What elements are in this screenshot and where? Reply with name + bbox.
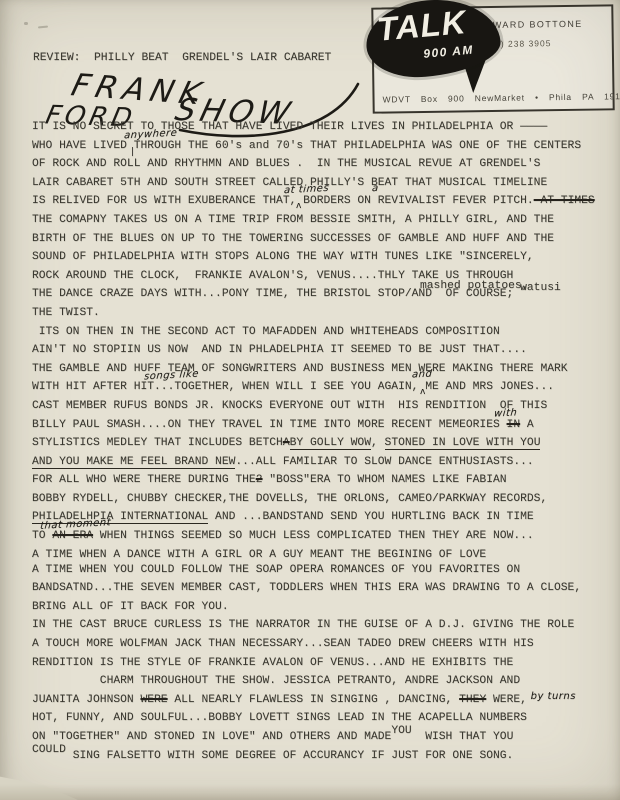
typed-text: COULD: [32, 744, 73, 756]
typed-line: TO AN ERA WHEN THINGS SEEMED SO MUCH LES…: [32, 530, 612, 549]
typed-line: A TIME WHEN A DANCE WITH A GIRL OR A GUY…: [32, 549, 612, 564]
typed-line: CHARM THROUGHOUT THE SHOW. JESSICA PETRA…: [32, 675, 612, 694]
typed-text: WERE: [140, 694, 167, 706]
typed-line: THE GAMBLE AND HUFF TEAM OF SONGWRITERS …: [32, 363, 612, 382]
typed-line: THE COMAPNY TAKES US ON A TIME TRIP FROM…: [32, 214, 612, 233]
handwritten-annotation: with: [494, 407, 518, 419]
typed-line: AIN'T NO STOPIIN US NOW AND IN PHLADELPH…: [32, 344, 612, 363]
typed-text: WERE,: [486, 694, 527, 706]
station-address: WDVT Box 900 NewMarket • Phila PA 19147: [382, 91, 620, 104]
typed-line: BRING ALL OF IT BACK FOR YOU.: [32, 601, 612, 620]
typed-line: PHILADELHPIA INTERNATIONAL AND ...BANDST…: [32, 511, 612, 530]
typed-line: AND YOU MAKE ME FEEL BRAND NEW...ALL FAM…: [32, 456, 612, 475]
typed-text: WHEN THINGS SEEMED SO MUCH LESS COMPLICA…: [93, 530, 534, 542]
typed-text: IN: [507, 419, 521, 431]
pencil-mark: [38, 25, 48, 28]
typed-line: WHO HAVE LIVED THROUGH THE 60's and 70's…: [32, 140, 612, 159]
typed-text: THE COMAPNY TAKES US ON A TIME TRIP FROM…: [32, 214, 554, 226]
typed-text: YOU: [391, 725, 411, 737]
typed-text: JUANITA JOHNSON: [32, 694, 140, 706]
typed-text: BY GOLLY WOW: [290, 437, 371, 450]
typed-text: THE GAMBLE AND HUFF TEAM OF SONGWRITERS …: [32, 363, 568, 375]
typed-text: CHARM THROUGHOUT THE SHOW. JESSICA PETRA…: [32, 675, 520, 687]
typed-line: ON "TOGETHER" AND STONED IN LOVE" AND OT…: [32, 731, 612, 750]
typed-text: IN THE CAST BRUCE CURLESS IS THE NARRATO…: [32, 619, 574, 631]
typed-line: BILLY PAUL SMASH....ON THEY TRAVEL IN TI…: [32, 419, 612, 438]
document-body: IT IS NO SECRET TO THOSE THAT HAVE LIVED…: [32, 121, 612, 768]
typed-line: IT IS NO SECRET TO THOSE THAT HAVE LIVED…: [32, 121, 612, 140]
typed-text: WITH HIT AFTER HIT...TOGETHER, WHEN WILL…: [32, 381, 554, 393]
typed-text: ON "TOGETHER" AND STONED IN LOVE" AND OT…: [32, 731, 391, 743]
handwritten-annotation: and: [412, 369, 433, 381]
typed-text: ,: [371, 437, 385, 449]
typed-line: OF ROCK AND ROLL AND RHYTHMN AND BLUES .…: [32, 158, 612, 177]
typed-line: STYLISTICS MEDLEY THAT INCLUDES BETCHABY…: [32, 437, 612, 456]
handwritten-inline: by turns: [527, 691, 576, 702]
typed-text: BIRTH OF THE BLUES ON UP TO THE TOWERING…: [32, 233, 554, 245]
typed-line: RENDITION IS THE STYLE OF FRANKIE AVALON…: [32, 657, 612, 676]
scanned-typed-review-page: EDWARD BOTTONE (215) 238 3905 WDVT Box 9…: [0, 0, 620, 800]
typed-text: A TIME WHEN A DANCE WITH A GIRL OR A GUY…: [32, 549, 486, 561]
typed-line: BANDSATND...THE SEVEN MEMBER CAST, TODDL…: [32, 582, 612, 601]
typed-line: A TIME WHEN YOU COULD FOLLOW THE SOAP OP…: [32, 564, 612, 583]
typed-line: ITS ON THEN IN THE SECOND ACT TO MAFADDE…: [32, 326, 612, 345]
typed-text: THEY: [459, 694, 486, 706]
typed-line: IN THE CAST BRUCE CURLESS IS THE NARRATO…: [32, 619, 612, 638]
typed-text: TO: [32, 530, 52, 542]
typed-line: JUANITA JOHNSON WERE ALL NEARLY FLAWLESS…: [32, 694, 612, 713]
typed-text: "BOSS"ERA TO WHOM NAMES LIKE FABIAN: [263, 474, 507, 486]
typed-line: WITH HIT AFTER HIT...TOGETHER, WHEN WILL…: [32, 381, 612, 400]
typed-line: FOR ALL WHO WERE THERE DURING THE2 "BOSS…: [32, 474, 612, 493]
logo-talk-text: TALK: [375, 3, 468, 49]
typed-text: BRING ALL OF IT BACK FOR YOU.: [32, 601, 229, 613]
typed-line: HOT, FUNNY, AND SOULFUL...BOBBY LOVETT S…: [32, 712, 612, 731]
typed-text: IT IS NO SECRET TO THOSE THAT HAVE LIVED…: [32, 121, 547, 133]
handwritten-annotation: a: [372, 183, 380, 194]
typed-text: STONED IN LOVE WITH YOU: [385, 437, 541, 450]
typed-text: AIN'T NO STOPIIN US NOW AND IN PHLADELPH…: [32, 344, 527, 356]
typed-text: WISH THAT YOU: [412, 731, 514, 743]
typed-line: BOBBY RYDELL, CHUBBY CHECKER,THE DOVELLS…: [32, 493, 612, 512]
typed-text: 2: [256, 474, 263, 486]
typed-text: ...ALL FAMILIAR TO SLOW DANCE ENTHUSIAST…: [235, 456, 533, 468]
typed-text: BILLY PAUL SMASH....ON THEY TRAVEL IN TI…: [32, 419, 507, 431]
review-title-line: REVIEW: PHILLY BEAT GRENDEL'S LAIR CABAR…: [33, 52, 331, 64]
typed-text: ITS ON THEN IN THE SECOND ACT TO MAFADDE…: [32, 326, 500, 338]
typed-text: SING FALSETTO WITH SOME DEGREE OF ACCURA…: [73, 750, 514, 762]
logo-900am-text: 900 AM: [423, 43, 475, 61]
typed-line: BIRTH OF THE BLUES ON UP TO THE TOWERING…: [32, 233, 612, 252]
typed-text: AT TIMES: [534, 195, 595, 207]
typed-text: STYLISTICS MEDLEY THAT INCLUDES BETCH: [32, 437, 283, 449]
typed-text: SOUND OF PHILADELPHIA WITH STOPS ALONG T…: [32, 251, 534, 263]
typed-text: A: [283, 437, 290, 449]
typed-insertion: mashed potatoes,: [420, 280, 528, 292]
typed-text: FOR ALL WHO WERE THERE DURING THE: [32, 474, 256, 486]
typed-text: BANDSATND...THE SEVEN MEMBER CAST, TODDL…: [32, 582, 581, 594]
handwritten-annotation: anywhere: [124, 127, 178, 141]
typed-text: A TIME WHEN YOU COULD FOLLOW THE SOAP OP…: [32, 564, 520, 576]
typed-line: THE TWIST.: [32, 307, 612, 326]
typed-text: A TOUCH MORE WOLFMAN JACK THAN NECESSARY…: [32, 638, 534, 650]
typed-text: WHO HAVE LIVED THROUGH THE 60's and 70's…: [32, 140, 581, 152]
handwritten-annotation: ʌ: [420, 387, 425, 397]
typed-text: THE TWIST.: [32, 307, 100, 319]
typed-text: AND ...BANDSTAND SEND YOU HURTLING BACK …: [208, 511, 533, 523]
typed-text: IS RELIVED FOR US WITH EXUBERANCE THAT, …: [32, 195, 534, 207]
typed-text: OF ROCK AND ROLL AND RHYTHMN AND BLUES .…: [32, 158, 540, 170]
typed-text: AN ERA: [52, 530, 93, 542]
typed-text: BOBBY RYDELL, CHUBBY CHECKER,THE DOVELLS…: [32, 493, 547, 505]
typed-line: SOUND OF PHILADELPHIA WITH STOPS ALONG T…: [32, 251, 612, 270]
typed-text: RENDITION IS THE STYLE OF FRANKIE AVALON…: [32, 657, 513, 669]
typed-text: AND YOU MAKE ME FEEL BRAND NEW: [32, 456, 235, 469]
torn-paper-edge: [0, 770, 78, 800]
handwritten-annotation: ʌ: [296, 201, 301, 211]
typed-text: HOT, FUNNY, AND SOULFUL...BOBBY LOVETT S…: [32, 712, 527, 724]
typed-line: A TOUCH MORE WOLFMAN JACK THAN NECESSARY…: [32, 638, 612, 657]
typed-line: IS RELIVED FOR US WITH EXUBERANCE THAT, …: [32, 195, 612, 214]
typed-line: COULD SING FALSETTO WITH SOME DEGREE OF …: [32, 750, 612, 769]
typed-text: A: [520, 419, 534, 431]
typed-line: CAST MEMBER RUFUS BONDS JR. KNOCKS EVERY…: [32, 400, 612, 419]
typed-text: CAST MEMBER RUFUS BONDS JR. KNOCKS EVERY…: [32, 400, 547, 412]
typed-line: THE DANCE CRAZE DAYS WITH...PONY TIME, T…: [32, 288, 612, 307]
handwritten-annotation: |: [131, 147, 134, 157]
typed-text: ALL NEARLY FLAWLESS IN SINGING , DANCING…: [168, 694, 460, 706]
pencil-mark: [24, 22, 28, 25]
